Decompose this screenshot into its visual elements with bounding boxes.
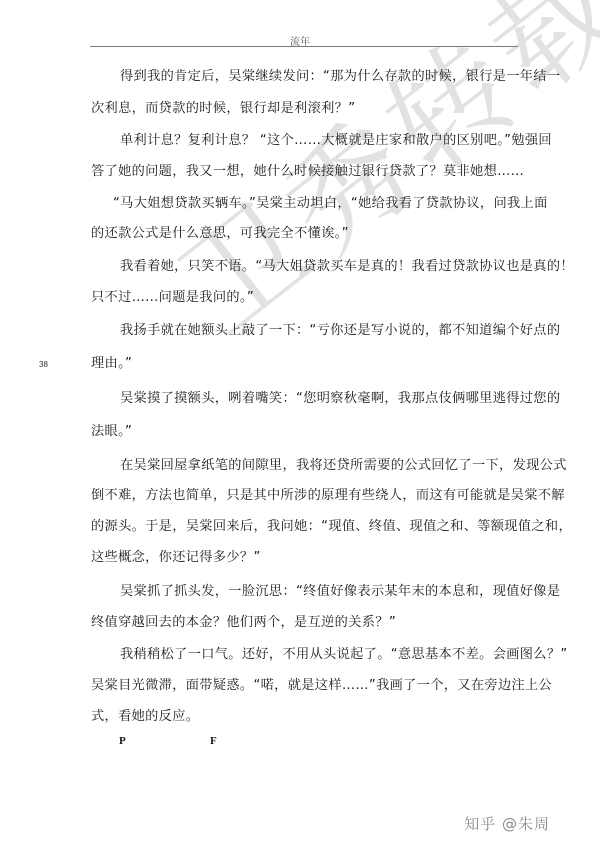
formula-label-p: P bbox=[119, 735, 126, 747]
paragraph-7-line-4: 这些概念，你还记得多少？” bbox=[91, 549, 261, 567]
paragraph-4-line-2: 只不过……问题是我问的。” bbox=[91, 289, 254, 307]
paragraph-9-line-2: 吴棠目光微滞，面带疑惑。“喏，就是这样……”我画了一个，又在旁边注上公 bbox=[91, 677, 552, 695]
paragraph-7-line-1: 在吴棠回屋拿纸笔的间隙里，我将还贷所需要的公式回忆了一下，发现公式 bbox=[120, 457, 567, 475]
formula-label-f: F bbox=[210, 735, 217, 747]
header-rule bbox=[90, 46, 518, 47]
paragraph-9-line-1: 我稍稍松了一口气。还好，不用从头说起了。“意思基本不差。会画图么？” bbox=[120, 646, 568, 664]
page-number: 38 bbox=[39, 360, 48, 369]
paragraph-1-line-2: 次利息，而贷款的时候，银行却是利滚利？” bbox=[91, 100, 355, 118]
paragraph-2-line-2: 答了她的问题，我又一想，她什么时候接触过银行贷款了？莫非她想…… bbox=[91, 163, 524, 181]
paragraph-3-line-2: 的还款公式是什么意思，可我完全不懂诶。” bbox=[91, 225, 349, 243]
watermark: 卫秀转载 bbox=[140, 0, 600, 366]
paragraph-3-line-1: “马大姐想贷款买辆车。”吴棠主动坦白，“她给我看了贷款协议，问我上面 bbox=[113, 195, 548, 213]
paragraph-8-line-1: 吴棠抓了抓头发，一脸沉思：“终值好像表示某年末的本息和，现值好像是 bbox=[120, 583, 560, 601]
paragraph-6-line-2: 法眼。” bbox=[91, 423, 132, 441]
paragraph-4-line-1: 我看着她，只笑不语。“马大姐贷款买车是真的！我看过贷款协议也是真的！ bbox=[120, 258, 574, 276]
paragraph-7-line-2: 倒不难，方法也简单，只是其中所涉的原理有些绕人，而这有可能就是吴棠不解 bbox=[91, 487, 565, 505]
paragraph-5-line-1: 我扬手就在她额头上敲了一下：“亏你还是写小说的，都不知道编个好点的 bbox=[120, 322, 560, 340]
paragraph-9-line-3: 式，看她的反应。 bbox=[91, 708, 199, 726]
footer-credit: 知乎 @朱周 bbox=[464, 813, 550, 834]
paragraph-1-line-1: 得到我的肯定后，吴棠继续发问：“那为什么存款的时候，银行是一年结一 bbox=[120, 68, 560, 86]
paragraph-2-line-1: 单利计息？复利计息？ “这个……大概就是庄家和散户的区别吧。”勉强回 bbox=[120, 132, 552, 150]
paragraph-5-line-2: 理由。” bbox=[91, 355, 132, 373]
paragraph-7-line-3: 的源头。于是，吴棠回来后，我问她：“现值、终值、现值之和、等额现值之和， bbox=[91, 518, 572, 536]
paragraph-8-line-2: 终值穿越回去的本金？他们两个，是互逆的关系？” bbox=[91, 614, 396, 632]
paragraph-6-line-1: 吴棠摸了摸额头，咧着嘴笑：“您明察秋毫啊，我那点伎俩哪里逃得过您的 bbox=[120, 390, 560, 408]
